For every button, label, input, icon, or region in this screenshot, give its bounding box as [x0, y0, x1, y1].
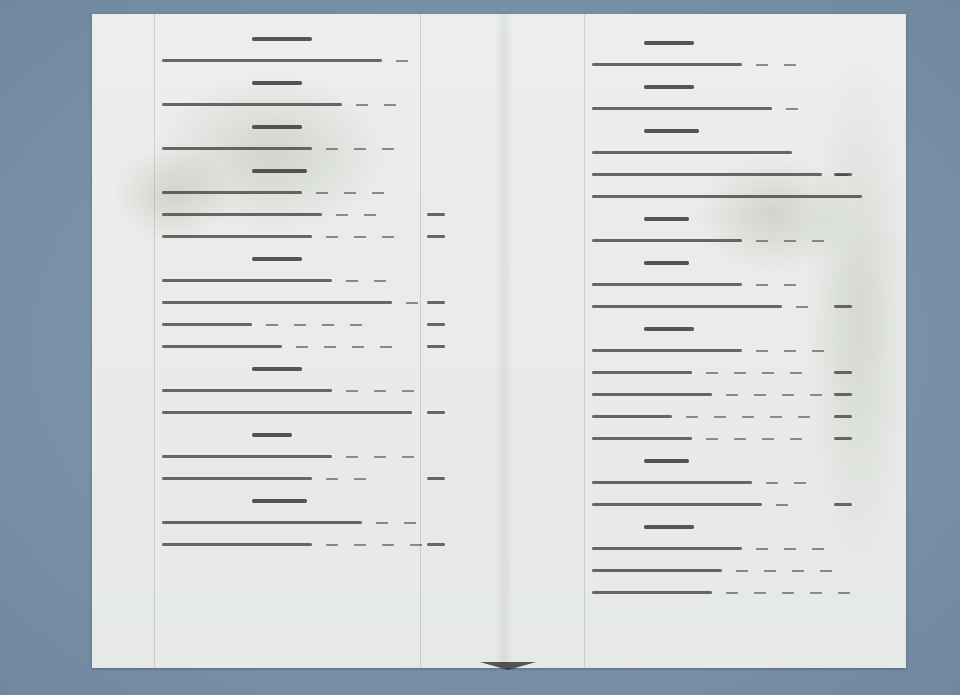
amount	[834, 368, 852, 378]
manuscript-sheet	[92, 14, 906, 668]
amount	[834, 412, 852, 422]
margin-rule	[154, 14, 155, 668]
left-page	[92, 14, 504, 668]
amount	[427, 210, 445, 220]
right-page	[504, 14, 906, 668]
amount	[834, 302, 852, 312]
amount	[834, 390, 852, 400]
amount	[834, 434, 852, 444]
sheet-shadow	[480, 662, 536, 670]
amount	[427, 342, 445, 352]
amount	[427, 474, 445, 484]
amount	[427, 540, 445, 550]
amount	[834, 170, 852, 180]
amount	[427, 408, 445, 418]
stain	[112, 144, 232, 244]
amount	[427, 298, 445, 308]
page-fold	[497, 14, 511, 668]
amount	[834, 500, 852, 510]
margin-rule	[584, 14, 585, 668]
stain	[694, 154, 854, 274]
amount-column-rule	[420, 14, 421, 668]
amount	[427, 232, 445, 242]
water-stain	[804, 54, 914, 574]
amount	[427, 320, 445, 330]
